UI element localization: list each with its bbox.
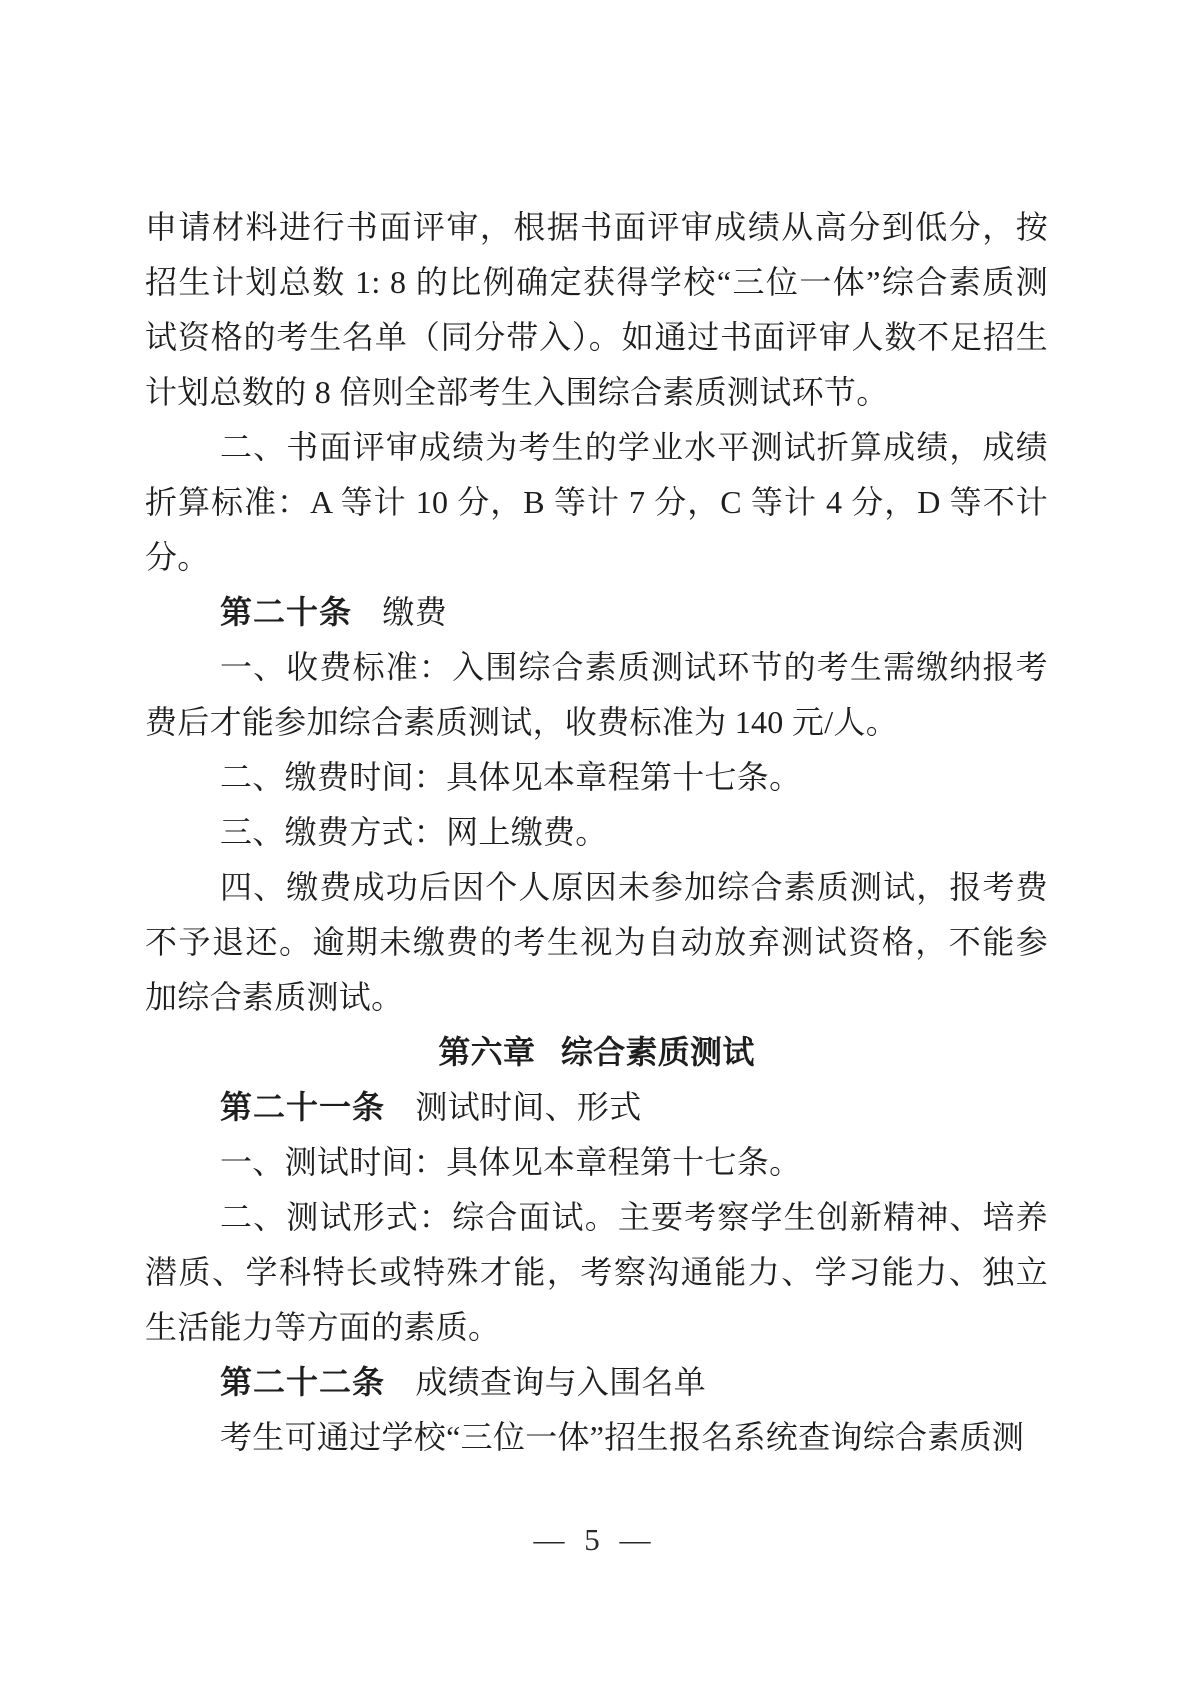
body-paragraph: 一、测试时间：具体见本章程第十七条。	[145, 1135, 1048, 1190]
article-number: 第二十二条	[220, 1364, 385, 1400]
article-number: 第二十一条	[220, 1089, 385, 1125]
body-paragraph: 二、书面评审成绩为考生的学业水平测试折算成绩，成绩折算标准：A 等计 10 分，…	[145, 420, 1048, 585]
body-paragraph: 三、缴费方式：网上缴费。	[145, 805, 1048, 860]
chapter-title: 综合素质测试	[561, 1034, 755, 1070]
article-title: 测试时间、形式	[415, 1089, 641, 1125]
document-page: 申请材料进行书面评审，根据书面评审成绩从高分到低分，按招生计划总数 1: 8 的…	[0, 0, 1190, 1684]
chapter-heading-6: 第六章综合素质测试	[145, 1025, 1048, 1080]
body-paragraph: 一、收费标准：入围综合素质测试环节的考生需缴纳报考费后才能参加综合素质测试，收费…	[145, 640, 1048, 750]
article-number: 第二十条	[220, 594, 352, 630]
body-paragraph: 申请材料进行书面评审，根据书面评审成绩从高分到低分，按招生计划总数 1: 8 的…	[145, 200, 1048, 420]
article-title: 缴费	[382, 594, 447, 630]
body-paragraph: 二、测试形式：综合面试。主要考察学生创新精神、培养潜质、学科特长或特殊才能，考察…	[145, 1190, 1048, 1355]
article-title: 成绩查询与入围名单	[415, 1364, 706, 1400]
article-heading-21: 第二十一条测试时间、形式	[145, 1080, 1048, 1135]
document-body: 申请材料进行书面评审，根据书面评审成绩从高分到低分，按招生计划总数 1: 8 的…	[145, 200, 1048, 1465]
article-heading-22: 第二十二条成绩查询与入围名单	[145, 1355, 1048, 1410]
body-paragraph: 二、缴费时间：具体见本章程第十七条。	[145, 750, 1048, 805]
body-paragraph: 考生可通过学校“三位一体”招生报名系统查询综合素质测	[145, 1410, 1048, 1465]
body-paragraph: 四、缴费成功后因个人原因未参加综合素质测试，报考费不予退还。逾期未缴费的考生视为…	[145, 860, 1048, 1025]
article-heading-20: 第二十条缴费	[145, 585, 1048, 640]
chapter-number: 第六章	[438, 1034, 535, 1070]
page-number: — 5 —	[0, 1512, 1190, 1567]
